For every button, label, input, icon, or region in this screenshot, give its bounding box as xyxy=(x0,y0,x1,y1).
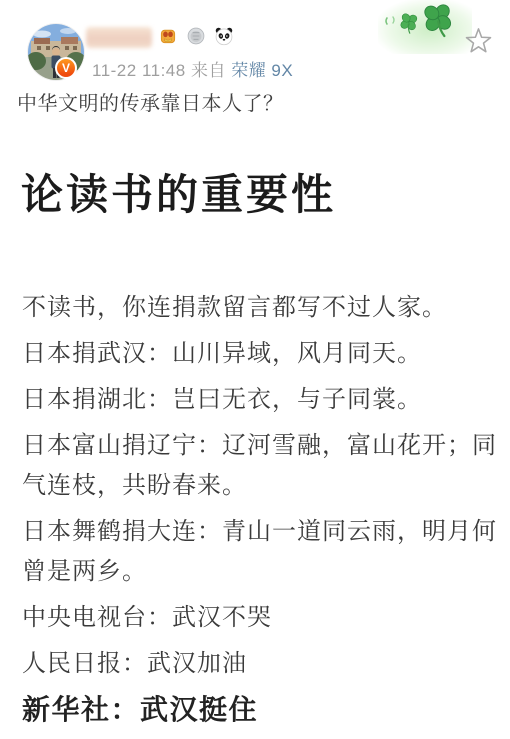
meme-line: 曾是两乡。 xyxy=(22,552,497,592)
four-leaf-clover-icon xyxy=(419,0,457,40)
meme-line: 日本捐湖北：岂曰无衣，与子同裳。 xyxy=(22,380,497,420)
silver-medal-icon xyxy=(186,26,206,46)
panda-icon xyxy=(214,26,234,46)
verified-badge: V xyxy=(55,57,77,79)
meme-line: 不读书，你连捐款留言都写不过人家。 xyxy=(22,288,497,328)
weibo-post-card: V 11-22 11:48 来自 荣耀 9 xyxy=(0,0,510,739)
meme-image[interactable]: 论读书的重要性 不读书，你连捐款留言都写不过人家。 日本捐武汉：山川异域，风月同… xyxy=(0,128,510,739)
meme-line: 日本捐武汉：山川异域，风月同天。 xyxy=(22,334,497,374)
gold-medal-icon xyxy=(158,26,178,46)
user-badges xyxy=(158,26,234,46)
meme-line: 气连枝，共盼春来。 xyxy=(22,466,497,506)
meme-title: 论读书的重要性 xyxy=(21,162,336,222)
four-leaf-clover-icon xyxy=(396,10,421,36)
meme-line: 人民日报：武汉加油 xyxy=(22,644,497,684)
sparkle-icon xyxy=(384,15,398,29)
post-text: 中华文明的传承靠日本人了？ xyxy=(17,87,284,116)
meme-line: 日本富山捐辽宁：辽河雪融，富山花开；同 xyxy=(22,426,497,466)
timestamp: 11-22 11:48 xyxy=(92,61,186,80)
favorite-star-icon[interactable] xyxy=(463,26,494,57)
username-redacted[interactable] xyxy=(86,27,152,48)
source-device-link[interactable]: 荣耀 9X xyxy=(231,61,293,80)
meme-line-bold: 新华社：武汉挺住 xyxy=(22,690,497,730)
source-prefix: 来自 xyxy=(191,61,226,80)
post-meta: 11-22 11:48 来自 荣耀 9X xyxy=(92,56,293,81)
meme-line: 日本舞鹤捐大连：青山一道同云雨，明月何 xyxy=(22,512,497,552)
meme-body: 不读书，你连捐款留言都写不过人家。 日本捐武汉：山川异域，风月同天。 日本捐湖北… xyxy=(22,288,497,730)
meme-line: 中央电视台：武汉不哭 xyxy=(22,598,497,638)
